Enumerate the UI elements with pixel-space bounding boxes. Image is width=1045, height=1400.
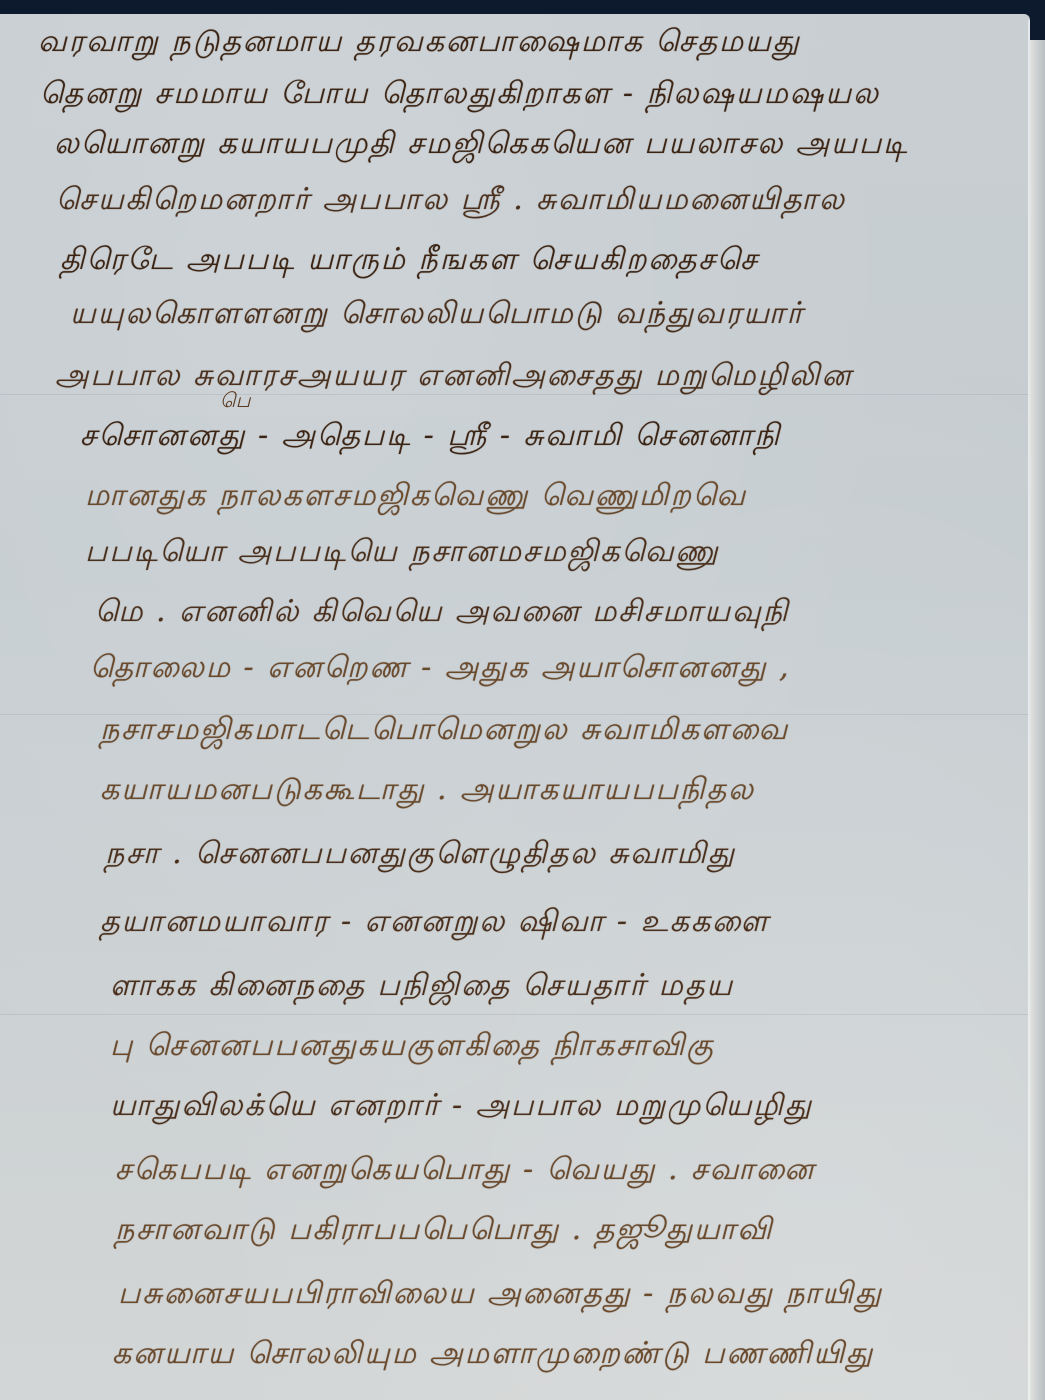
manuscript-line: ளாகக கினைநதை பநிஜிதை செயதார் மதய <box>110 968 734 1007</box>
manuscript-line: அபபால சுவாரசஅயயர எனனிஅசைதது மறுமெழிலின <box>55 358 853 397</box>
interlinear-annotation: பெ <box>220 388 250 415</box>
manuscript-line: பு செனனபபனதுகயகுளகிதை நிாகசாவிகு <box>110 1028 715 1067</box>
manuscript-line: பபடியொ அபபடியெ நசானமசமஜிகவெணு <box>85 534 720 573</box>
manuscript-line: யாதுவிலக்யெ எனறார் - அபபால மறுமுயெழிது <box>110 1088 813 1127</box>
paper-texture-line <box>0 1014 1030 1015</box>
manuscript-line: செயகிறெமனறார் அபபால ஸ்ரீ . சுவாமியமனையித… <box>56 182 846 221</box>
manuscript-line: சகெபபடி எனறுகெயபொது - வெயது . சவானை <box>115 1152 816 1191</box>
manuscript-line: திரெடே அபபடி யாரும் நீஙகள செயகிறதைசசெ <box>60 242 759 281</box>
manuscript-line: நசானவாடு பகிராபபபெபொது . தஜூதுயாவி <box>115 1212 774 1251</box>
manuscript-line: வரவாறு நடுதனமாய தரவகனபாஷைமாக செதமயது <box>38 24 801 63</box>
manuscript-line: கயாயமனபடுககூடாது . அயாகயாயபபநிதல <box>100 772 755 811</box>
manuscript-line: யயுலகொளளனறு சொலலியபொமடு வந்துவரயார் <box>70 296 804 335</box>
manuscript-line: தயானமயாவார - எனனறுல ஷிவா - உககளை <box>100 904 770 943</box>
manuscript-line: மானதுக நாலகளசமஜிகவெணு வெணுமிறவெ <box>85 478 747 517</box>
manuscript-page: வரவாறு நடுதனமாய தரவகனபாஷைமாக செதமயது தென… <box>0 14 1030 1400</box>
manuscript-line: சசொனனது - அதெபடி - ஸ்ரீ - சுவாமி செனனாநி <box>80 418 781 457</box>
manuscript-line: தொலைம - எனறெண - அதுக அயாசொனனது , <box>90 650 791 689</box>
manuscript-line: பசுனைசயபபிராவிலைய அனைதது - நலவது நாயிது <box>118 1276 883 1315</box>
manuscript-line: லயொனறு கயாயபமுதி சமஜிகெகயென பயலாசல அயபடி <box>54 126 909 165</box>
manuscript-line: நசாசமஜிகமாடடெபொமெனறுல சுவாமிகளவை <box>100 712 789 751</box>
manuscript-line: மெ . எனனில் கிவெயெ அவனை மசிசமாயவுநி <box>95 594 790 633</box>
page-edge-fold <box>1030 40 1045 1400</box>
manuscript-line: கனயாய சொலலியும அமளாமுறைண்டு பணணியிது <box>112 1336 874 1375</box>
manuscript-line: நசா . செனனபபனதுகுளெழுதிதல சுவாமிது <box>105 836 736 875</box>
manuscript-line: தெனறு சமமாய போய தொலதுகிறாகள - நிலஷயமஷயல <box>40 76 880 115</box>
